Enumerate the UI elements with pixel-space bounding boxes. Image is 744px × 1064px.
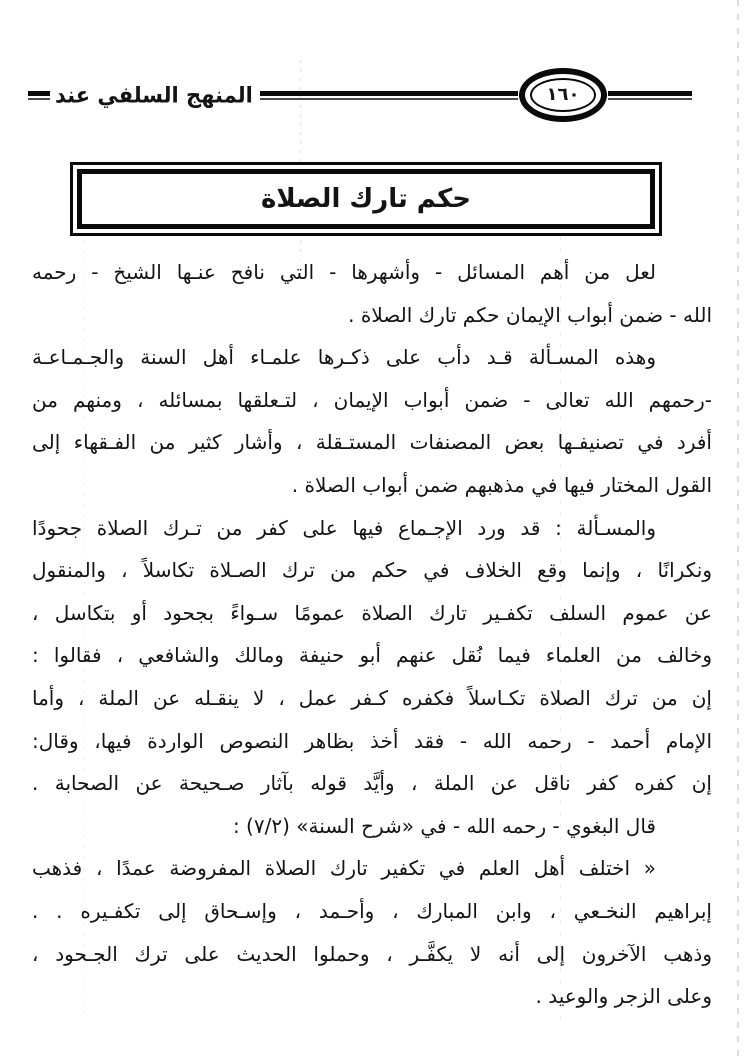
body-line: إن كفره كفر ناقل عن الملة ، وأيَّد قوله … [32, 762, 712, 805]
running-title: المنهج السلفي عند [55, 84, 253, 106]
scan-artifact [737, 0, 739, 1064]
page-header: المنهج السلفي عند ١٦٠ [28, 66, 692, 124]
body-line: وذهب الآخرون إلى أنه لا يكفَّـر ، وحملوا… [32, 933, 712, 976]
body-text: لعل من أهم المسائل - وأشهرها - التي نافح… [32, 251, 712, 1018]
body-line: وهذه المسـألة قـد دأب على ذكـرها علمـاء … [32, 336, 712, 379]
book-page: المنهج السلفي عند ١٦٠ حكم تارك الصلاة لع… [0, 0, 744, 1064]
body-line: أفرد في تصنيفـها بعض المصنفات المستـقلة … [32, 421, 712, 464]
chapter-title-box: حكم تارك الصلاة [70, 162, 662, 236]
chapter-title-inner-border: حكم تارك الصلاة [77, 169, 655, 229]
body-line: قال البغوي - رحمه الله - في «شرح السنة» … [32, 805, 712, 848]
body-line: وعلى الزجر والوعيد . [32, 975, 712, 1018]
header-rule-middle [260, 91, 518, 100]
page-number-badge: ١٦٠ [519, 68, 607, 122]
body-line: والمسـألة : قد ورد الإجـماع فيها على كفر… [32, 507, 712, 550]
body-line: ونكرانًا ، وإنما وقع الخلاف في حكم من تر… [32, 549, 712, 592]
body-line: وخالف من العلماء فيما نُقل عنهم أبو حنيف… [32, 634, 712, 677]
body-line: إن من ترك الصلاة تكـاسلاً فكفره كـفر عمل… [32, 677, 712, 720]
body-line: « اختلف أهل العلم في تكفير تارك الصلاة ا… [32, 847, 712, 890]
page-number: ١٦٠ [547, 86, 580, 104]
body-line: عن عموم السلف تكفـير تارك الصلاة عمومًا … [32, 592, 712, 635]
chapter-title: حكم تارك الصلاة [261, 184, 471, 214]
body-line: الله - ضمن أبواب الإيمان حكم تارك الصلاة… [32, 294, 712, 337]
body-line: -رحمهم الله تعالى - ضمن أبواب الإيمان ، … [32, 379, 712, 422]
body-line: الإمام أحمد - رحمه الله - فقد أخذ بظاهر … [32, 720, 712, 763]
header-rule-right [608, 91, 692, 100]
body-line: القول المختار فيها في مذهبهم ضمن أبواب ا… [32, 464, 712, 507]
body-line: إبراهيم النخـعي ، وابن المبارك ، وأحـمد … [32, 890, 712, 933]
header-rule-left [28, 91, 50, 100]
page-number-inner-ring: ١٦٠ [530, 78, 596, 112]
body-line: لعل من أهم المسائل - وأشهرها - التي نافح… [32, 251, 712, 294]
